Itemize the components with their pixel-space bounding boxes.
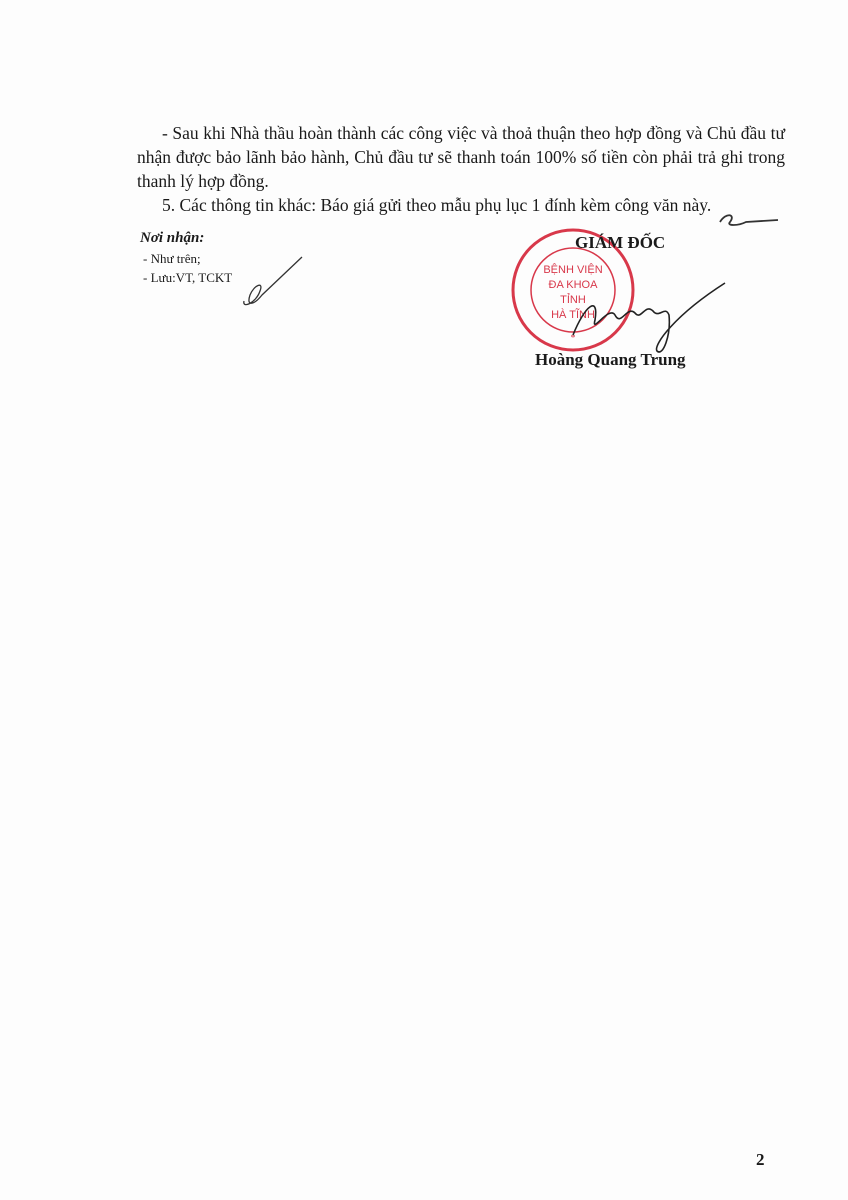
page-number: 2 xyxy=(756,1150,765,1170)
payment-terms-paragraph: - Sau khi Nhà thầu hoàn thành các công v… xyxy=(137,121,785,193)
signature-title: GIÁM ĐỐC xyxy=(575,233,665,253)
document-page: - Sau khi Nhà thầu hoàn thành các công v… xyxy=(0,0,848,1200)
recipient-item: - Lưu:VT, TCKT xyxy=(143,270,232,286)
signer-name: Hoàng Quang Trung xyxy=(535,350,686,370)
recipient-item: - Như trên; xyxy=(143,251,201,267)
recipients-title: Nơi nhận: xyxy=(140,230,204,247)
other-info-paragraph: 5. Các thông tin khác: Báo giá gửi theo … xyxy=(137,193,785,217)
initial-mark-icon xyxy=(712,208,782,233)
initial-signature-icon xyxy=(232,255,312,315)
